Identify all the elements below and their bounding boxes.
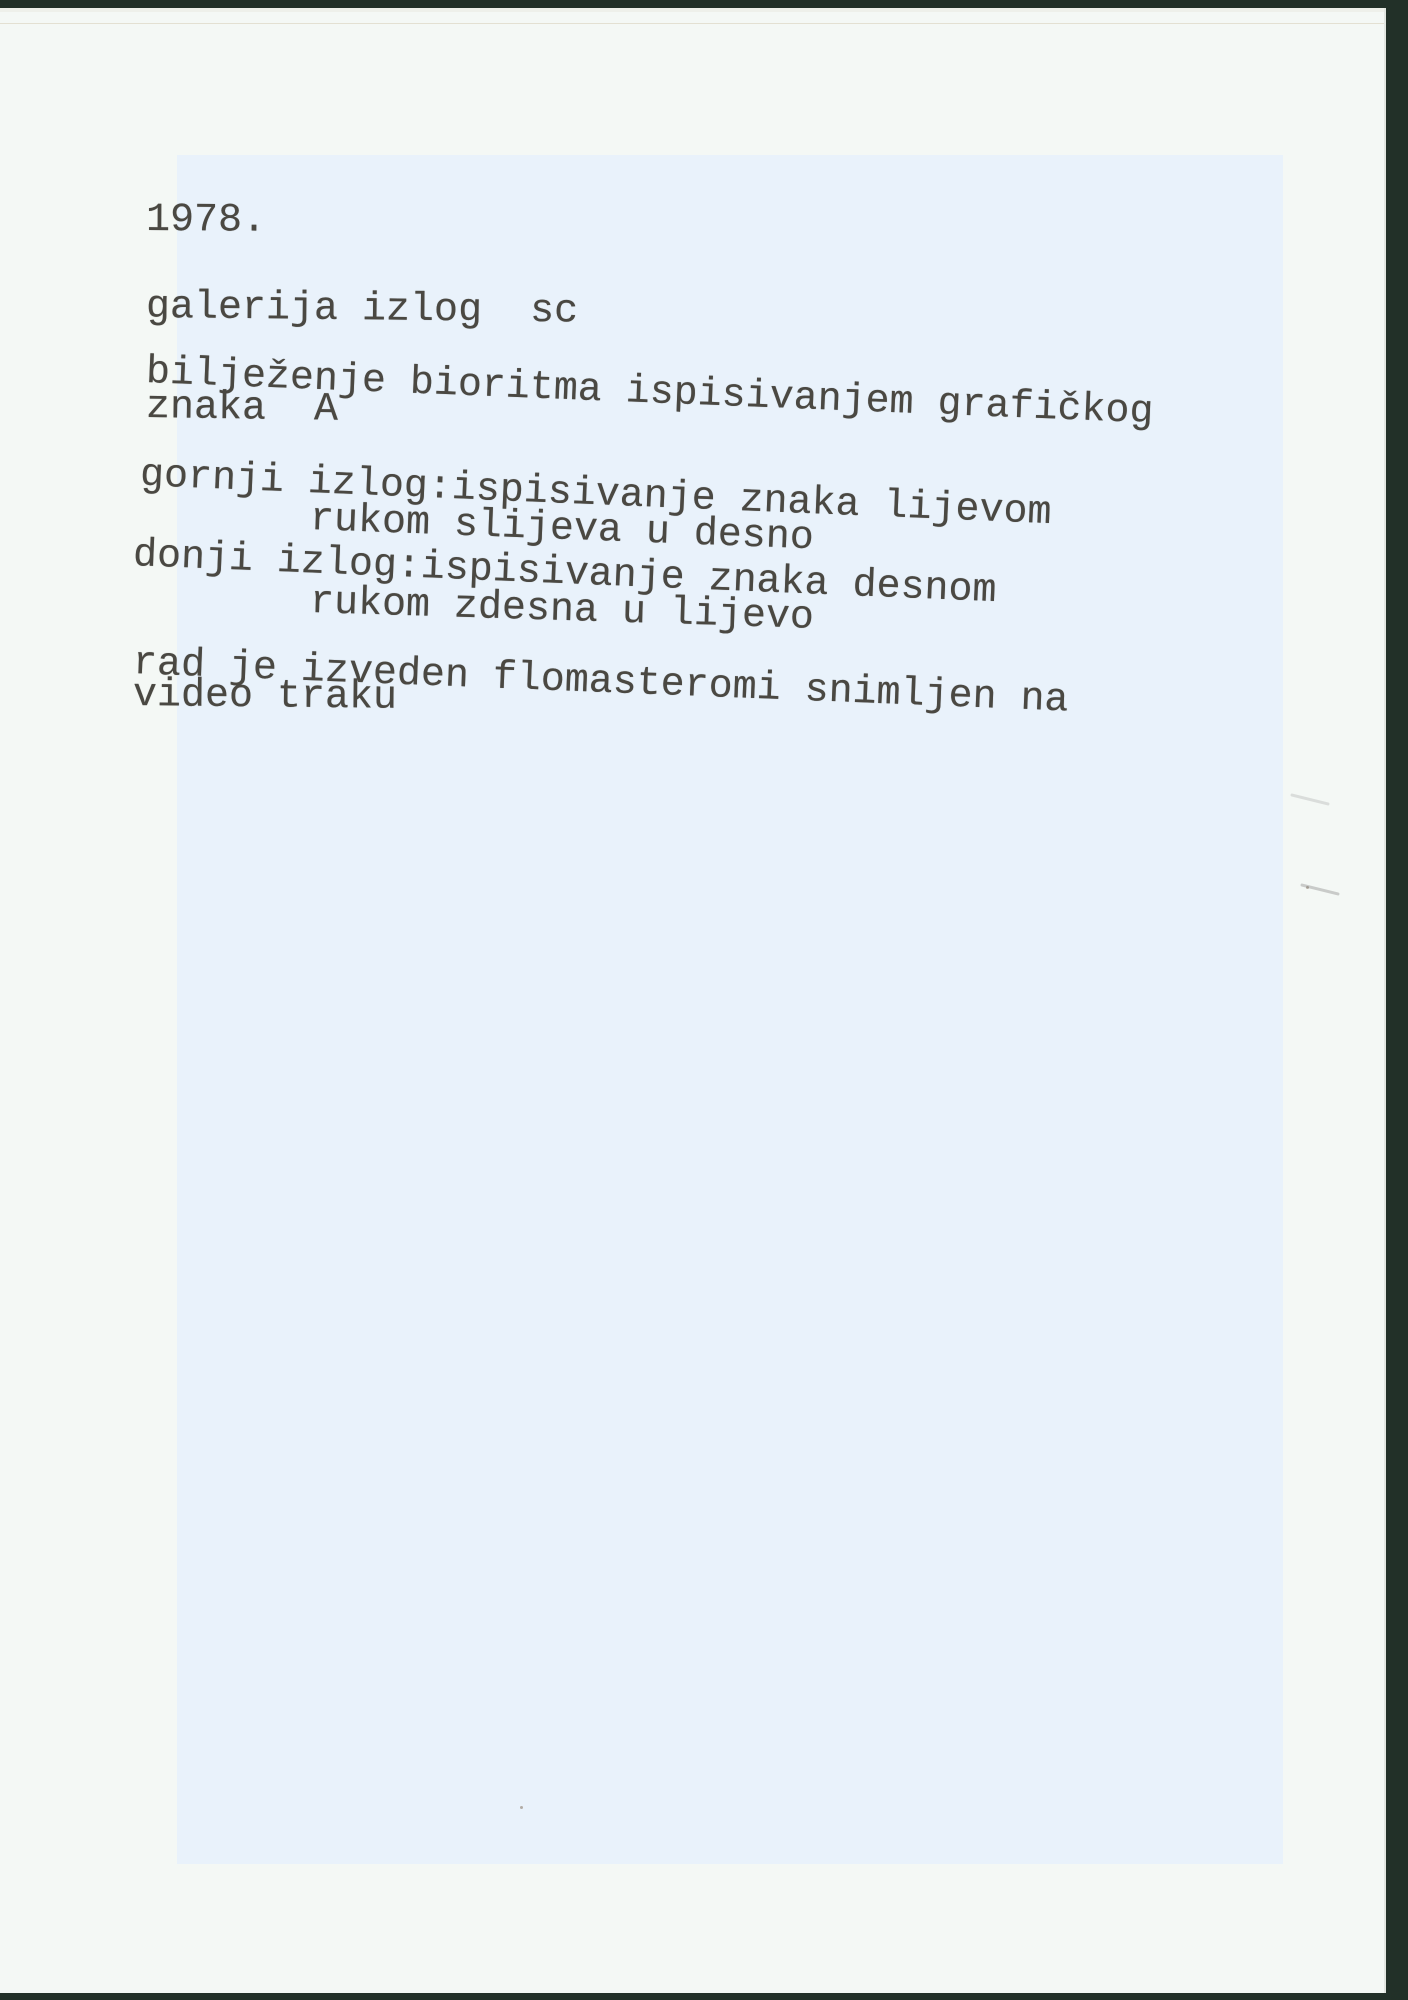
- paper-smudge: [1290, 793, 1330, 806]
- paper-smudge: [1300, 883, 1340, 896]
- paper-speck: [520, 1806, 523, 1809]
- title-line-2: znaka A: [146, 388, 339, 431]
- year-line: 1978.: [146, 201, 266, 242]
- technique-line-2: video traku: [133, 676, 397, 719]
- scanned-page: 1978. galerija izlog sc bilježenje biori…: [0, 0, 1408, 2000]
- paper-top-edge: [0, 23, 1384, 24]
- paper-sheet: 1978. galerija izlog sc bilježenje biori…: [0, 8, 1386, 1993]
- gallery-line: galerija izlog sc: [146, 288, 578, 333]
